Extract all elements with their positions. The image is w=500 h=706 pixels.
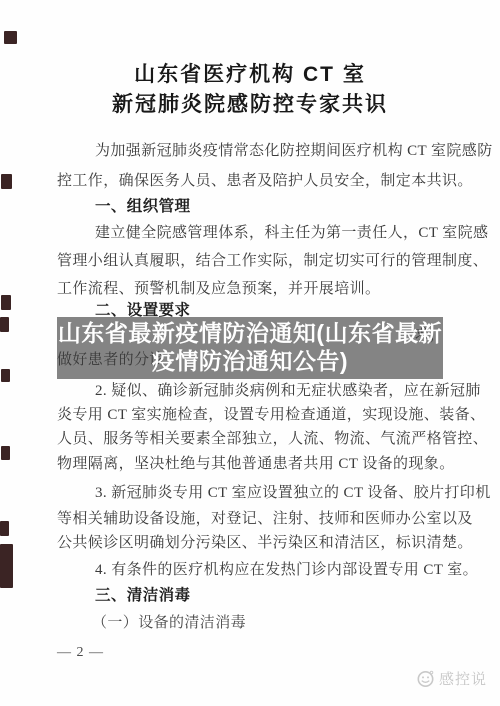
doc-line: 为加强新冠肺炎疫情常态化防控期间医疗机构 CT 室院感防 <box>57 141 445 161</box>
watermark: 感控说 <box>416 666 487 690</box>
scan-mark <box>0 544 13 588</box>
section-heading-1: 一、组织管理 <box>57 197 445 217</box>
doc-line: 管理小组认真履职，结合工作实际，制定切实可行的管理制度、 <box>57 251 445 271</box>
watermark-label: 感控说 <box>439 668 487 689</box>
page-number: — 2 — <box>57 645 104 661</box>
doc-line: 2. 疑似、确诊新冠肺炎病例和无症状感染者，应在新冠肺 <box>57 381 445 401</box>
doc-line: 物理隔离，坚决杜绝与其他普通患者共用 CT 设备的现象。 <box>57 454 445 474</box>
smiley-icon <box>416 669 435 688</box>
scan-mark <box>1 446 10 460</box>
overlay-banner-line2: 疫情防治通知公告) <box>152 347 348 375</box>
doc-line: 人员、服务等相关要素全部独立，人流、物流、气流严格管控、 <box>57 429 445 449</box>
doc-line: 建立健全院感管理体系，科主任为第一责任人，CT 室院感 <box>57 223 445 243</box>
doc-line: 3. 新冠肺炎专用 CT 室应设置独立的 CT 设备、胶片打印机 <box>57 483 445 503</box>
scan-mark <box>0 521 9 536</box>
doc-line: 控工作，确保医务人员、患者及陪护人员安全，制定本共识。 <box>57 171 445 191</box>
scan-mark <box>1 369 10 382</box>
document-page: 山东省医疗机构 CT 室 新冠肺炎院感防控专家共识 为加强新冠肺炎疫情常态化防控… <box>0 0 500 706</box>
doc-line: 炎专用 CT 室实施检查，设置专用检查通道，实现设施、装备、 <box>57 405 445 425</box>
document-title-line1: 山东省医疗机构 CT 室 <box>0 58 500 88</box>
doc-line: 4. 有条件的医疗机构应在发热门诊内部设置专用 CT 室。 <box>57 560 445 580</box>
scan-mark <box>0 317 9 332</box>
doc-line: 公共候诊区明确划分污染区、半污染区和清洁区，标识清楚。 <box>57 533 445 553</box>
overlay-banner: 山东省最新疫情防治通知(山东省最新 疫情防治通知公告) <box>57 317 443 379</box>
doc-line: 等相关辅助设备设施，对登记、注射、技师和医师办公室以及 <box>57 509 445 529</box>
doc-line: 工作流程、预警机制及应急预案，并开展培训。 <box>57 279 445 299</box>
doc-subsection-line: （一）设备的清洁消毒 <box>57 613 445 633</box>
scan-mark <box>1 295 11 310</box>
scan-mark <box>1 174 12 189</box>
section-heading-3: 三、清洁消毒 <box>57 586 445 606</box>
overlay-banner-line1: 山东省最新疫情防治通知(山东省最新 <box>58 319 442 347</box>
scan-mark <box>4 31 17 44</box>
document-title-line2: 新冠肺炎院感防控专家共识 <box>0 88 500 118</box>
